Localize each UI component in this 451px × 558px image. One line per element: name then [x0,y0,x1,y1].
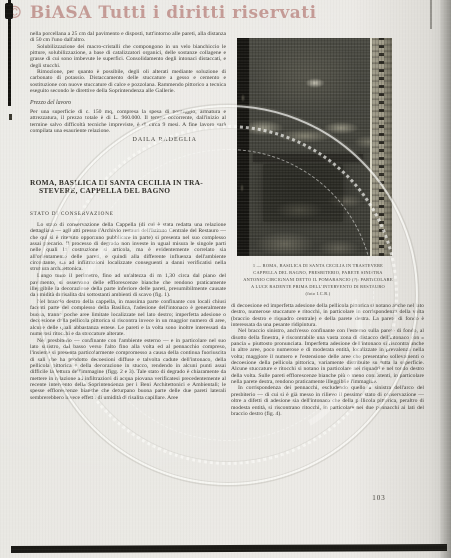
left-column-body: Lo stato di conservazione della Cappella… [30,222,226,490]
photo-grain-overlay [237,38,392,256]
body-paragraph: Lo stato di conservazione della Cappella… [30,222,226,273]
caption-credit: (foto I.C.R.) [232,290,404,297]
author-signature: DAILA RADEGLIA [30,137,226,143]
scan-topright-line [430,0,432,29]
caption-line: A LUCE RADENTE PRIMA DELL'INTERVENTO DI … [232,283,404,290]
right-column-body: di decoesione ed imperfetta adesione del… [231,303,424,417]
scan-left-edge-dot [9,114,12,120]
body-paragraph: In corrispondenza dei pennacchi, esclude… [231,385,424,417]
caption-line: ANTONIO CIRCIGNANI DETTO IL POMARANCIO (… [232,276,404,283]
body-paragraph: di decoesione ed imperfetta adesione del… [231,303,424,328]
figure-caption: 1 — ROMA, BASILICA DI SANTA CECILIA IN T… [232,262,404,297]
price-text: Per una superficie di c. 150 mq, compres… [30,109,226,134]
section-subheading: STATO DI CONSERVAZIONE [30,211,226,217]
procedures-paragraph: Rimozione, per quanto è possibile, degli… [30,69,226,94]
scan-left-edge-mark [5,3,13,19]
page-number: 103 [362,494,396,502]
caption-line: 1 — ROMA, BASILICA DI SANTA CECILIA IN T… [232,262,404,269]
scan-right-edge-shadow [440,0,451,558]
body-paragraph: Lungo tutto il perimetro, fino ad un'alt… [30,273,226,298]
fresco-photo [237,38,392,256]
price-paragraph: Per una superficie di c. 150 mq, compres… [30,109,226,134]
procedures-paragraph: nella porcellana a 25 cm dal pavimento e… [30,31,226,44]
body-paragraph: Nel braccio destro della cappella, in ma… [30,299,226,337]
article-title-line2: STEVERE, CAPPELLA DEL BAGNO [30,187,226,195]
price-heading: Prezzo del lavoro [30,100,226,106]
restoration-procedures-block: nella porcellana a 25 cm dal pavimento e… [30,31,226,94]
body-paragraph: Nel braccio sinistro, anch'esso confinan… [231,328,424,385]
article-title: ROMA, BASILICA DI SANTA CECILIA IN TRA- … [30,179,226,195]
caption-line: CAPPELLA DEL BAGNO, PRESBITERIO, PARETE … [232,269,404,276]
scan-bottom-band [11,544,447,553]
copyright-watermark-text: © BiASA Tutti i diritti riservati [6,3,317,23]
scanned-page: nella porcellana a 25 cm dal pavimento e… [0,0,451,558]
procedures-paragraph: Solubilizzazione dei macro-cristalli che… [30,44,226,69]
body-paragraph: Nel presbiterio — confinante con l'ambie… [30,338,226,401]
